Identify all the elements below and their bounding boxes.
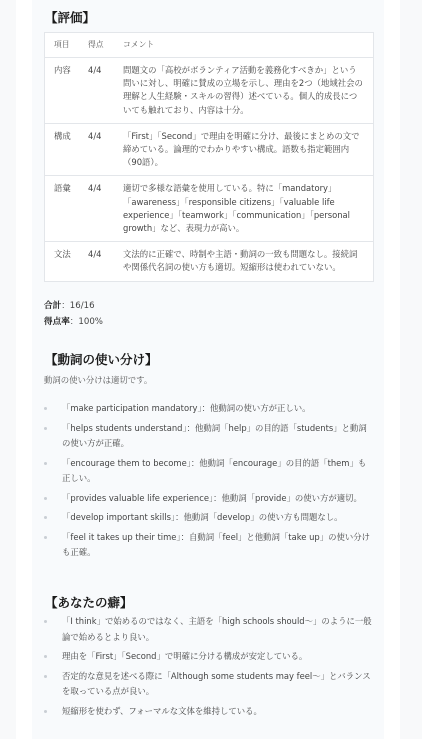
table-header-row: 項目 得点 コメント [45, 33, 374, 58]
table-row: 内容 4/4 問題文の「高校がボランティア活動を義務化すべきか」という問いに対し… [45, 58, 374, 124]
list-item: 「I think」で始めるのではなく、主語を「high schools shou… [44, 614, 374, 645]
row-score: 4/4 [79, 242, 114, 281]
bullet-icon [44, 675, 47, 678]
list-item: 「encourage them to become」：他動詞「encourage… [44, 456, 374, 487]
evaluation-heading: 【評価】 [45, 8, 95, 26]
list-item-text: 「I think」で始めるのではなく、主語を「high schools shou… [62, 616, 372, 642]
list-item: 「helps students understand」：他動詞「help」の目的… [44, 421, 374, 452]
table-row: 語彙 4/4 適切で多様な語彙を使用している。特に「mandatory」「awa… [45, 176, 374, 242]
row-item: 語彙 [45, 176, 80, 242]
rate-label: 得点率 [44, 317, 70, 327]
bullet-icon [44, 407, 47, 410]
row-score: 4/4 [79, 176, 114, 242]
column-header-item: 項目 [45, 33, 80, 58]
table-row: 構成 4/4 「First」「Second」で理由を明確に分け、最後にまとめの文… [45, 123, 374, 176]
list-item: 「make participation mandatory」：他動詞の使い方が正… [44, 401, 374, 417]
row-comment: 適切で多様な語彙を使用している。特に「mandatory」「awareness」… [114, 176, 374, 242]
total-score: 合計：16/16 [44, 298, 103, 314]
row-item: 構成 [45, 123, 80, 176]
bullet-icon [44, 427, 47, 430]
row-comment: 問題文の「高校がボランティア活動を義務化すべきか」という問いに対し、明確に賛成の… [114, 58, 374, 124]
score-summary: 合計：16/16 得点率：100% [44, 298, 103, 330]
list-item-text: 否定的な意見を述べる際に「Although some students may … [62, 671, 371, 697]
evaluation-table: 項目 得点 コメント 内容 4/4 問題文の「高校がボランティア活動を義務化すべ… [44, 32, 374, 282]
bullet-icon [44, 655, 47, 658]
column-header-score: 得点 [79, 33, 114, 58]
habits-list: 「I think」で始めるのではなく、主語を「high schools shou… [44, 614, 374, 723]
list-item-text: 「feel it takes up their time」：自動詞「feel」と… [62, 532, 370, 558]
habits-heading: 【あなたの癖】 [45, 593, 133, 611]
list-item: 短縮形を使わず、フォーマルな文体を維持している。 [44, 704, 374, 720]
list-item-text: 「make participation mandatory」：他動詞の使い方が正… [62, 403, 311, 413]
list-item: 「feel it takes up their time」：自動詞「feel」と… [44, 530, 374, 561]
bullet-icon [44, 620, 47, 623]
row-comment: 「First」「Second」で理由を明確に分け、最後にまとめの文で締めている。… [114, 123, 374, 176]
list-item-text: 短縮形を使わず、フォーマルな文体を維持している。 [62, 706, 262, 716]
list-item-text: 理由を「First」「Second」で明確に分ける構成が安定している。 [62, 651, 307, 661]
bullet-icon [44, 516, 47, 519]
row-item: 文法 [45, 242, 80, 281]
bullet-icon [44, 462, 47, 465]
score-rate: 得点率：100% [44, 314, 103, 330]
column-header-comment: コメント [114, 33, 374, 58]
row-comment: 文法的に正確で、時制や主語・動詞の一致も問題なし。接続詞や関係代名詞の使い方も適… [114, 242, 374, 281]
list-item-text: 「encourage them to become」：他動詞「encourage… [62, 458, 366, 484]
list-item: 否定的な意見を述べる際に「Although some students may … [44, 669, 374, 700]
list-item-text: 「helps students understand」：他動詞「help」の目的… [62, 423, 367, 449]
verb-usage-intro: 動詞の使い分けは適切です。 [44, 374, 152, 386]
row-score: 4/4 [79, 58, 114, 124]
list-item: 「provides valuable life experience」：他動詞「… [44, 491, 374, 507]
table-row: 文法 4/4 文法的に正確で、時制や主語・動詞の一致も問題なし。接続詞や関係代名… [45, 242, 374, 281]
verb-usage-heading: 【動詞の使い分け】 [45, 350, 158, 368]
list-item: 理由を「First」「Second」で明確に分ける構成が安定している。 [44, 649, 374, 665]
total-label: 合計 [44, 301, 61, 311]
bullet-icon [44, 536, 47, 539]
row-item: 内容 [45, 58, 80, 124]
verb-usage-list: 「make participation mandatory」：他動詞の使い方が正… [44, 401, 374, 565]
list-item: 「develop important skills」：他動詞「develop」の… [44, 510, 374, 526]
total-value: ：16/16 [61, 301, 94, 311]
list-item-text: 「provides valuable life experience」：他動詞「… [62, 493, 362, 503]
bullet-icon [44, 710, 47, 713]
bullet-icon [44, 497, 47, 500]
rate-value: ：100% [70, 317, 103, 327]
row-score: 4/4 [79, 123, 114, 176]
list-item-text: 「develop important skills」：他動詞「develop」の… [62, 512, 343, 522]
